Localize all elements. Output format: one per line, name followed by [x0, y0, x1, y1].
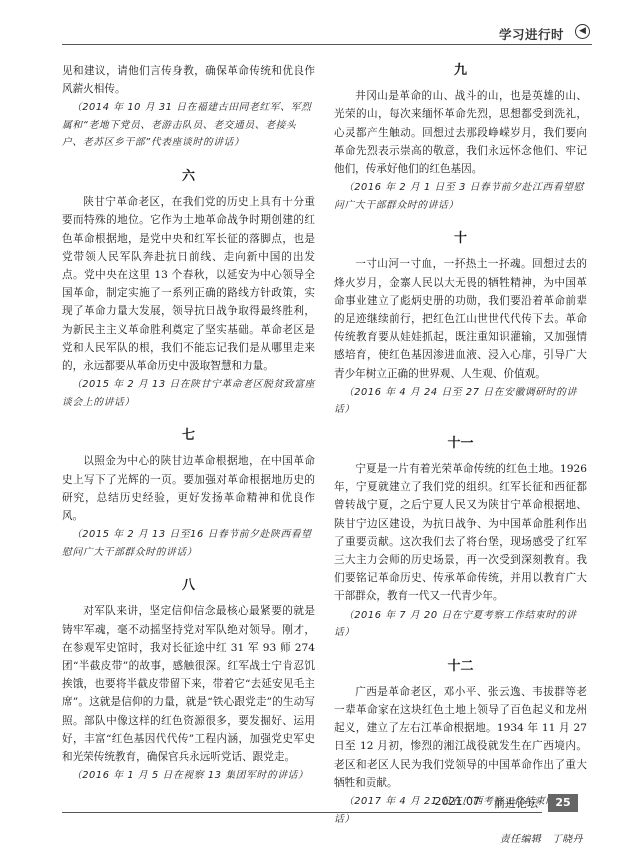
section-number-8: 八 [62, 577, 315, 595]
section-9-source: （2016 年 2 月 1 日至 3 日春节前夕赴江西看望慰问广大干部群众时的讲… [334, 179, 587, 214]
section-8-paragraph: 对军队来讲，坚定信仰信念最核心最紧要的就是铸牢军魂，毫不动摇坚持党对军队绝对领导… [62, 602, 315, 766]
section-12-paragraph: 广西是革命老区，邓小平、张云逸、韦拔群等老一辈革命家在这块红色土地上领导了百色起… [334, 683, 587, 792]
section-number-6: 六 [62, 168, 315, 186]
magazine-name: 前进论坛 [494, 795, 538, 811]
intro-paragraph: 见和建议，请他们言传身教，确保革命传统和优良作风薪火相传。 [62, 62, 315, 98]
section-number-11: 十一 [334, 435, 587, 453]
left-column: 见和建议，请他们言传身教，确保革命传统和优良作风薪火相传。 （2014 年 10… [62, 62, 315, 785]
section-number-9: 九 [334, 62, 587, 80]
section-7-paragraph: 以照金为中心的陕甘边革命根据地，在中国革命史上写下了光辉的一页。要加强对革命根据… [62, 452, 315, 525]
editor-credit: 责任编辑 丁晓丹 [334, 831, 587, 848]
page-number: 25 [548, 794, 578, 812]
section-number-7: 七 [62, 427, 315, 445]
issue-number: 2021.07 [435, 795, 481, 808]
section-title: 学习进行时 [499, 25, 564, 43]
section-6-source: （2015 年 2 月 13 日在陕甘宁革命老区脱贫致富座谈会上的讲话） [62, 376, 315, 411]
section-10-source: （2016 年 4 月 24 日至 27 日在安徽调研时的讲话） [334, 384, 587, 419]
section-6-paragraph: 陕甘宁革命老区，在我们党的历史上具有十分重要而特殊的地位。它作为土地革命战争时期… [62, 193, 315, 375]
section-11-paragraph: 宁夏是一片有着光荣革命传统的红色土地。1926 年，宁夏就建立了我们党的组织。红… [334, 460, 587, 606]
intro-source: （2014 年 10 月 31 日在福建古田同老红军、军烈属和“老地下党员、老游… [62, 99, 315, 152]
section-8-source: （2016 年 1 月 5 日在视察 13 集团军时的讲话） [62, 767, 315, 785]
section-10-paragraph: 一寸山河一寸血，一抔热土一抔魂。回想过去的烽火岁月，金寨人民以大无畏的牺牲精神，… [334, 255, 587, 382]
page-footer: 2021.07 前进论坛 [62, 792, 542, 813]
section-number-10: 十 [334, 230, 587, 248]
page-header: 学习进行时 ◀ [62, 22, 592, 45]
section-number-12: 十二 [334, 658, 587, 676]
right-column: 九 井冈山是革命的山、战斗的山，也是英雄的山、光荣的山，每次来缅怀革命先烈，思想… [334, 62, 587, 848]
section-7-source: （2015 年 2 月 13 日至16 日春节前夕赴陕西看望慰问广大干部群众时的… [62, 526, 315, 561]
circled-arrow-left-icon: ◀ [575, 24, 590, 39]
section-11-source: （2016 年 7 月 20 日在宁夏考察工作结束时的讲话） [334, 607, 587, 642]
section-9-paragraph: 井冈山是革命的山、战斗的山，也是英雄的山、光荣的山，每次来缅怀革命先烈，思想都受… [334, 87, 587, 178]
